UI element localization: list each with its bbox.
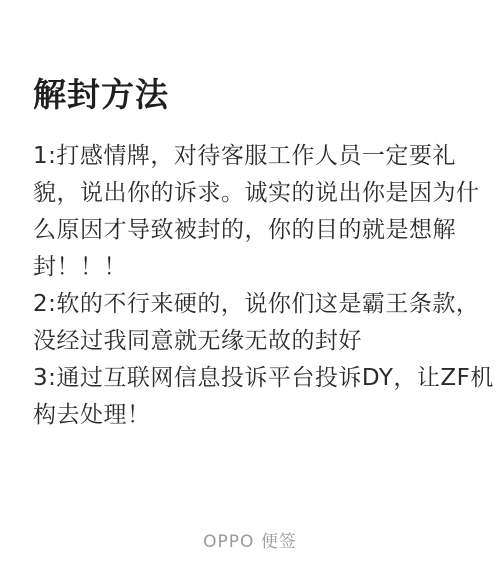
- note-body: 1:打感情牌，对待客服工作人员一定要礼 貌，说出你的诉求。诚实的说出你是因为什 …: [33, 138, 472, 434]
- note-line: 貌，说出你的诉求。诚实的说出你是因为什: [33, 175, 472, 212]
- note-line: 没经过我同意就无缘无故的封好: [33, 323, 472, 360]
- note-line: 封！！！: [33, 249, 472, 286]
- app-watermark: OPPO 便签: [0, 527, 500, 552]
- note-line: 1:打感情牌，对待客服工作人员一定要礼: [33, 138, 472, 175]
- note-card: 解封方法 1:打感情牌，对待客服工作人员一定要礼 貌，说出你的诉求。诚实的说出你…: [0, 0, 500, 577]
- note-title: 解封方法: [33, 74, 472, 116]
- note-line: 么原因才导致被封的，你的目的就是想解: [33, 212, 472, 249]
- note-line: 构去处理！: [33, 397, 472, 434]
- note-line: 2:软的不行来硬的，说你们这是霸王条款，: [33, 286, 472, 323]
- note-line: 3:通过互联网信息投诉平台投诉DY，让ZF机: [33, 360, 472, 397]
- note-content: 解封方法 1:打感情牌，对待客服工作人员一定要礼 貌，说出你的诉求。诚实的说出你…: [33, 74, 472, 434]
